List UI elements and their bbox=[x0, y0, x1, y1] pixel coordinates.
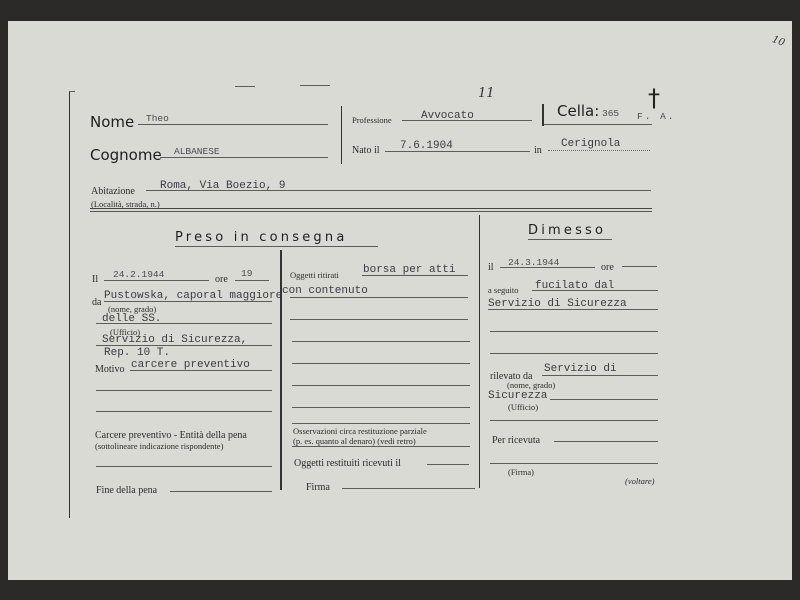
nato-underline bbox=[385, 151, 530, 152]
preso-il-underline bbox=[104, 280, 209, 281]
cella-underline bbox=[544, 124, 652, 125]
seguito-underline bbox=[532, 290, 658, 291]
dimesso-firma-sublabel: (Firma) bbox=[508, 467, 534, 477]
section-rule bbox=[90, 208, 652, 209]
dimesso-title: Dimesso bbox=[528, 223, 606, 238]
osservazioni-label: Osservazioni circa restituzione parziale bbox=[293, 426, 427, 436]
motivo-label: Motivo bbox=[95, 364, 124, 375]
firma-line bbox=[490, 463, 658, 464]
ritirati-label: Oggetti ritirati bbox=[290, 270, 339, 280]
cross-icon: † bbox=[648, 84, 660, 112]
osservazioni-sublabel: (p. es. quanto al denaro) (vedi retro) bbox=[293, 436, 416, 446]
ritirati-underline bbox=[362, 275, 468, 276]
nome-underline bbox=[138, 124, 328, 125]
ricevuta-underline bbox=[554, 441, 658, 442]
fine-pena-label: Fine della pena bbox=[96, 485, 157, 496]
blank-line bbox=[292, 423, 470, 424]
professione-label: Professione bbox=[352, 115, 392, 125]
preso-ore-underline bbox=[235, 280, 269, 281]
in-label: in bbox=[534, 145, 542, 156]
professione-underline bbox=[402, 120, 532, 121]
blank-line bbox=[96, 390, 272, 391]
dimesso-title-underline bbox=[528, 239, 612, 240]
section-rule bbox=[90, 211, 652, 212]
column-divider bbox=[479, 215, 480, 488]
blank-line bbox=[96, 466, 272, 467]
nato-label: Nato il bbox=[352, 145, 380, 156]
motivo-underline bbox=[130, 370, 272, 371]
rilevato-value-1: Servizio di bbox=[544, 363, 617, 375]
frame-tick bbox=[69, 91, 75, 92]
blank-line bbox=[290, 319, 468, 320]
fine-pena-underline bbox=[170, 491, 272, 492]
voltare-note: (voltare) bbox=[625, 476, 654, 486]
carcere-label: Carcere preventivo - Entità della pena bbox=[95, 430, 247, 441]
blank-line bbox=[292, 341, 470, 342]
abitazione-label: Abitazione bbox=[91, 186, 135, 197]
blank-line bbox=[96, 411, 272, 412]
blank-line bbox=[292, 385, 470, 386]
ritirati-underline-2 bbox=[290, 297, 468, 298]
cognome-value: ALBANESE bbox=[174, 146, 220, 157]
preso-ore-value: 19 bbox=[241, 268, 252, 279]
left-border bbox=[69, 91, 70, 518]
cella-value: 365 bbox=[602, 108, 619, 119]
header-divider bbox=[341, 106, 342, 164]
ufficio-underline bbox=[96, 345, 272, 346]
nome-label: Nome bbox=[90, 113, 134, 131]
preso-title-underline bbox=[175, 246, 378, 247]
frame-tick bbox=[300, 85, 330, 86]
cella-label: Cella: bbox=[557, 102, 599, 120]
blank-line bbox=[490, 353, 658, 354]
preso-title: Preso in consegna bbox=[175, 230, 347, 245]
cella-divider bbox=[542, 104, 544, 126]
blank-line bbox=[292, 363, 470, 364]
carcere-sublabel: (sottolineare indicazione rispondente) bbox=[95, 441, 223, 451]
da-underline-2 bbox=[96, 323, 272, 324]
seguito-underline-2 bbox=[488, 309, 658, 310]
restituiti-underline bbox=[427, 464, 469, 465]
dimesso-il-underline bbox=[500, 267, 595, 268]
da-underline bbox=[104, 301, 272, 302]
ricevuta-label: Per ricevuta bbox=[492, 435, 540, 446]
restituiti-label: Oggetti restituiti ricevuti il bbox=[294, 458, 401, 469]
rilevato-ufficio: (Ufficio) bbox=[508, 402, 538, 412]
preso-il-value: 24.2.1944 bbox=[113, 269, 164, 280]
firma-underline bbox=[342, 488, 475, 489]
nome-value: Theo bbox=[146, 113, 169, 124]
frame-tick bbox=[235, 86, 255, 87]
firma-label: Firma bbox=[306, 482, 330, 493]
dimesso-il-label: il bbox=[488, 262, 494, 273]
handwritten-mark: 11 bbox=[478, 86, 495, 101]
preso-il-label: Il bbox=[92, 274, 98, 285]
dimesso-ore-label: ore bbox=[601, 262, 614, 273]
rilevato-underline bbox=[542, 375, 658, 376]
luogo-underline bbox=[548, 150, 650, 151]
rilevato-underline-2 bbox=[550, 399, 658, 400]
ufficio-value-2: Rep. 10 T. bbox=[104, 347, 170, 359]
rilevato-nome-grado: (nome, grado) bbox=[507, 380, 555, 390]
dimesso-ore-underline bbox=[622, 266, 657, 267]
seguito-label: a seguito bbox=[488, 285, 518, 295]
rilevato-value-2: Sicurezza bbox=[488, 390, 547, 402]
da-label: da bbox=[92, 297, 101, 308]
cognome-underline bbox=[160, 157, 328, 158]
abitazione-underline bbox=[146, 190, 651, 191]
luogo-value: Cerignola bbox=[561, 138, 620, 150]
blank-line bbox=[490, 331, 658, 332]
ritirati-value-2: con contenuto bbox=[282, 285, 368, 297]
blank-line bbox=[292, 407, 470, 408]
osservazioni-underline bbox=[292, 446, 470, 447]
preso-ore-label: ore bbox=[215, 274, 228, 285]
blank-line bbox=[490, 420, 658, 421]
cella-note: F. A. bbox=[637, 111, 676, 122]
cognome-label: Cognome bbox=[90, 146, 162, 164]
